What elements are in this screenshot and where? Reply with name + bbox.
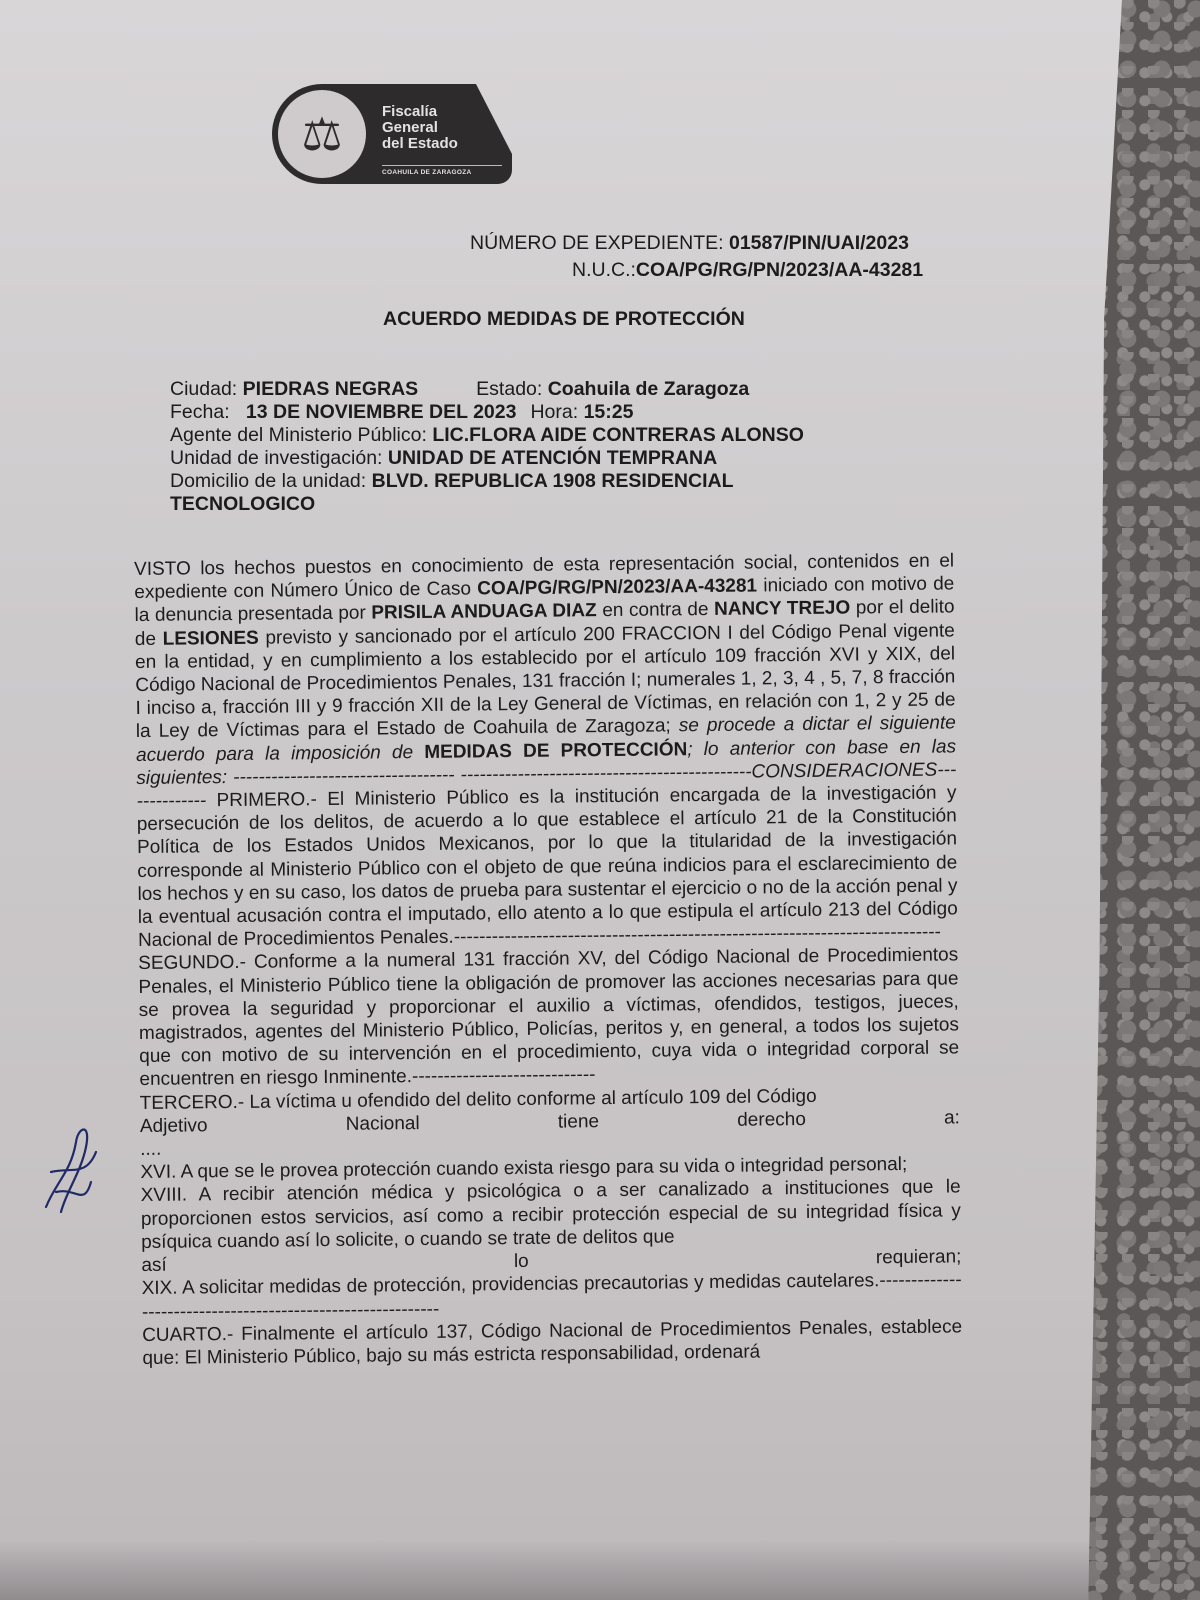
visto-text-3: en contra de (597, 599, 715, 621)
hora-value: 15:25 (584, 401, 634, 423)
ciudad-label: Ciudad: (170, 378, 243, 400)
document-metadata: Ciudad: PIEDRAS NEGRASEstado: Coahuila d… (170, 378, 804, 516)
domicilio-row-2: TECNOLOGICO (170, 493, 804, 516)
nuc-label: N.U.C.: (572, 259, 636, 281)
cuarto-paragraph: CUARTO.- Finalmente el artículo 137, Cód… (142, 1315, 962, 1370)
segundo-paragraph: SEGUNDO.- Conforme a la numeral 131 frac… (138, 944, 959, 1092)
primero-paragraph: PRIMERO.- El Ministerio Público es la in… (137, 782, 958, 951)
logo-line-2: General (382, 120, 458, 136)
word: derecho (737, 1108, 806, 1132)
word: Nacional (346, 1112, 420, 1136)
imputada-name: NANCY TREJO (714, 598, 850, 620)
fecha-label: Fecha: (170, 401, 235, 423)
domicilio-row: Domicilio de la unidad: BLVD. REPUBLICA … (170, 470, 804, 493)
fraccion-xviii: XVIII. A recibir atención médica y psico… (141, 1176, 962, 1254)
logo-line-3: del Estado (382, 136, 458, 152)
denunciante-name: PRISILA ANDUAGA DIAZ (371, 601, 597, 624)
unidad-label: Unidad de investigación: (170, 447, 388, 469)
expediente-value: 01587/PIN/UAI/2023 (729, 232, 909, 254)
expediente-number: NÚMERO DE EXPEDIENTE: 01587/PIN/UAI/2023 (470, 232, 909, 255)
hora-label: Hora: (530, 401, 583, 423)
logo-title: Fiscalía General del Estado (382, 104, 458, 152)
estado-value: Coahuila de Zaragoza (548, 378, 750, 400)
expediente-label: NÚMERO DE EXPEDIENTE: (470, 232, 729, 254)
ciudad-value: PIEDRAS NEGRAS (243, 378, 419, 400)
fecha-value: 13 DE NOVIEMBRE DEL 2023 (246, 401, 517, 423)
domicilio-label: Domicilio de la unidad: (170, 470, 372, 492)
page-shadow (0, 1540, 1122, 1600)
domicilio-value: BLVD. REPUBLICA 1908 RESIDENCIAL (372, 470, 734, 492)
unidad-value: UNIDAD DE ATENCIÓN TEMPRANA (388, 447, 717, 469)
nuc-number: N.U.C.:COA/PG/RG/PN/2023/AA-43281 (572, 259, 923, 282)
agente-label: Agente del Ministerio Público: (170, 424, 432, 446)
domicilio-value-2: TECNOLOGICO (170, 493, 315, 515)
word: así (141, 1254, 167, 1277)
delito-name: LESIONES (163, 627, 259, 649)
visto-nuc: COA/PG/RG/PN/2023/AA-43281 (477, 576, 757, 600)
logo-subtitle: COAHUILA DE ZARAGOZA (382, 165, 502, 176)
agente-value: LIC.FLORA AIDE CONTRERAS ALONSO (432, 424, 804, 446)
agente-row: Agente del Ministerio Público: LIC.FLORA… (170, 424, 804, 447)
handwritten-signature-icon (36, 1112, 106, 1222)
word: requieran; (876, 1245, 962, 1269)
estado-label: Estado: (476, 378, 548, 400)
fiscalia-logo: ⚖ Fiscalía General del Estado COAHUILA D… (272, 84, 512, 184)
justice-statue-icon: ⚖ (276, 88, 368, 180)
fecha-row: Fecha: 13 DE NOVIEMBRE DEL 2023Hora: 15:… (170, 401, 804, 424)
visto-paragraph: VISTO los hechos puestos en conocimiento… (134, 549, 958, 952)
word: tiene (558, 1110, 599, 1134)
word: lo (514, 1250, 529, 1273)
logo-line-1: Fiscalía (382, 104, 458, 120)
word: a: (944, 1106, 960, 1129)
nuc-value: COA/PG/RG/PN/2023/AA-43281 (636, 259, 923, 281)
ciudad-row: Ciudad: PIEDRAS NEGRASEstado: Coahuila d… (170, 378, 804, 401)
word: Adjetivo (140, 1114, 208, 1138)
medidas-label: MEDIDAS DE PROTECCIÓN (424, 739, 687, 763)
document-title: ACUERDO MEDIDAS DE PROTECCIÓN (383, 308, 745, 331)
document-page: ⚖ Fiscalía General del Estado COAHUILA D… (0, 0, 1122, 1600)
unidad-row: Unidad de investigación: UNIDAD DE ATENC… (170, 447, 804, 470)
document-body: VISTO los hechos puestos en conocimiento… (134, 549, 962, 1370)
